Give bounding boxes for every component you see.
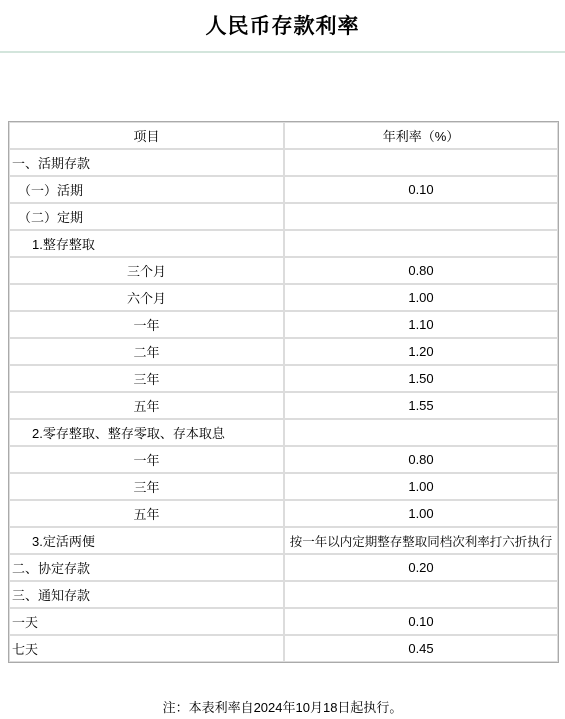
rate-cell: 0.80	[284, 257, 558, 284]
rate-cell: 1.00	[284, 500, 558, 527]
rate-cell: 0.10	[284, 608, 558, 635]
item-cell: 一天	[9, 608, 284, 635]
table-body: 一、活期存款（一）活期0.10（二）定期1.整存整取三个月0.80六个月1.00…	[9, 149, 558, 662]
table-header-row: 项目 年利率（%）	[9, 122, 558, 149]
rate-cell: 1.50	[284, 365, 558, 392]
table-row: 七天0.45	[9, 635, 558, 662]
item-cell: （一）活期	[9, 176, 284, 203]
table-row: 二、协定存款0.20	[9, 554, 558, 581]
item-cell: 2.零存整取、整存零取、存本取息	[9, 419, 284, 446]
table-row: 五年1.00	[9, 500, 558, 527]
table-row: 三年1.00	[9, 473, 558, 500]
table-row: （二）定期	[9, 203, 558, 230]
table-row: 2.零存整取、整存零取、存本取息	[9, 419, 558, 446]
page-title: 人民币存款利率	[0, 0, 565, 40]
table-row: 一天0.10	[9, 608, 558, 635]
item-cell: 五年	[9, 500, 284, 527]
table-row: 三、通知存款	[9, 581, 558, 608]
table-row: 三个月0.80	[9, 257, 558, 284]
item-cell: 三个月	[9, 257, 284, 284]
item-cell: 1.整存整取	[9, 230, 284, 257]
table-row: 1.整存整取	[9, 230, 558, 257]
rate-cell: 0.20	[284, 554, 558, 581]
rate-cell: 1.00	[284, 284, 558, 311]
item-cell: 3.定活两便	[9, 527, 284, 554]
table-row: 六个月1.00	[9, 284, 558, 311]
rate-cell	[284, 581, 558, 608]
item-cell: （二）定期	[9, 203, 284, 230]
rate-cell: 1.55	[284, 392, 558, 419]
rate-cell	[284, 149, 558, 176]
header-item-label: 项目	[9, 122, 284, 149]
deposit-rates-table: 项目 年利率（%） 一、活期存款（一）活期0.10（二）定期1.整存整取三个月0…	[8, 121, 559, 663]
table-row: 三年1.50	[9, 365, 558, 392]
item-cell: 七天	[9, 635, 284, 662]
item-cell: 一年	[9, 446, 284, 473]
table-row: 二年1.20	[9, 338, 558, 365]
item-cell: 三年	[9, 473, 284, 500]
rate-cell: 0.80	[284, 446, 558, 473]
item-cell: 一年	[9, 311, 284, 338]
rate-cell: 0.10	[284, 176, 558, 203]
item-cell: 五年	[9, 392, 284, 419]
table-row: 3.定活两便按一年以内定期整存整取同档次利率打六折执行	[9, 527, 558, 554]
rate-cell: 1.20	[284, 338, 558, 365]
header-rate-label: 年利率（%）	[284, 122, 558, 149]
footnote: 注：本表利率自2024年10月18日起执行。	[0, 697, 565, 716]
rate-cell	[284, 230, 558, 257]
item-cell: 三、通知存款	[9, 581, 284, 608]
item-cell: 二、协定存款	[9, 554, 284, 581]
table-row: 一年0.80	[9, 446, 558, 473]
rate-cell: 0.45	[284, 635, 558, 662]
table-row: （一）活期0.10	[9, 176, 558, 203]
table-row: 一年1.10	[9, 311, 558, 338]
title-separator	[0, 51, 565, 53]
table-row: 一、活期存款	[9, 149, 558, 176]
rate-cell	[284, 419, 558, 446]
table-row: 五年1.55	[9, 392, 558, 419]
rate-cell: 1.00	[284, 473, 558, 500]
rate-cell	[284, 203, 558, 230]
item-cell: 三年	[9, 365, 284, 392]
rate-cell: 1.10	[284, 311, 558, 338]
rate-cell: 按一年以内定期整存整取同档次利率打六折执行	[284, 527, 558, 554]
item-cell: 六个月	[9, 284, 284, 311]
item-cell: 二年	[9, 338, 284, 365]
item-cell: 一、活期存款	[9, 149, 284, 176]
